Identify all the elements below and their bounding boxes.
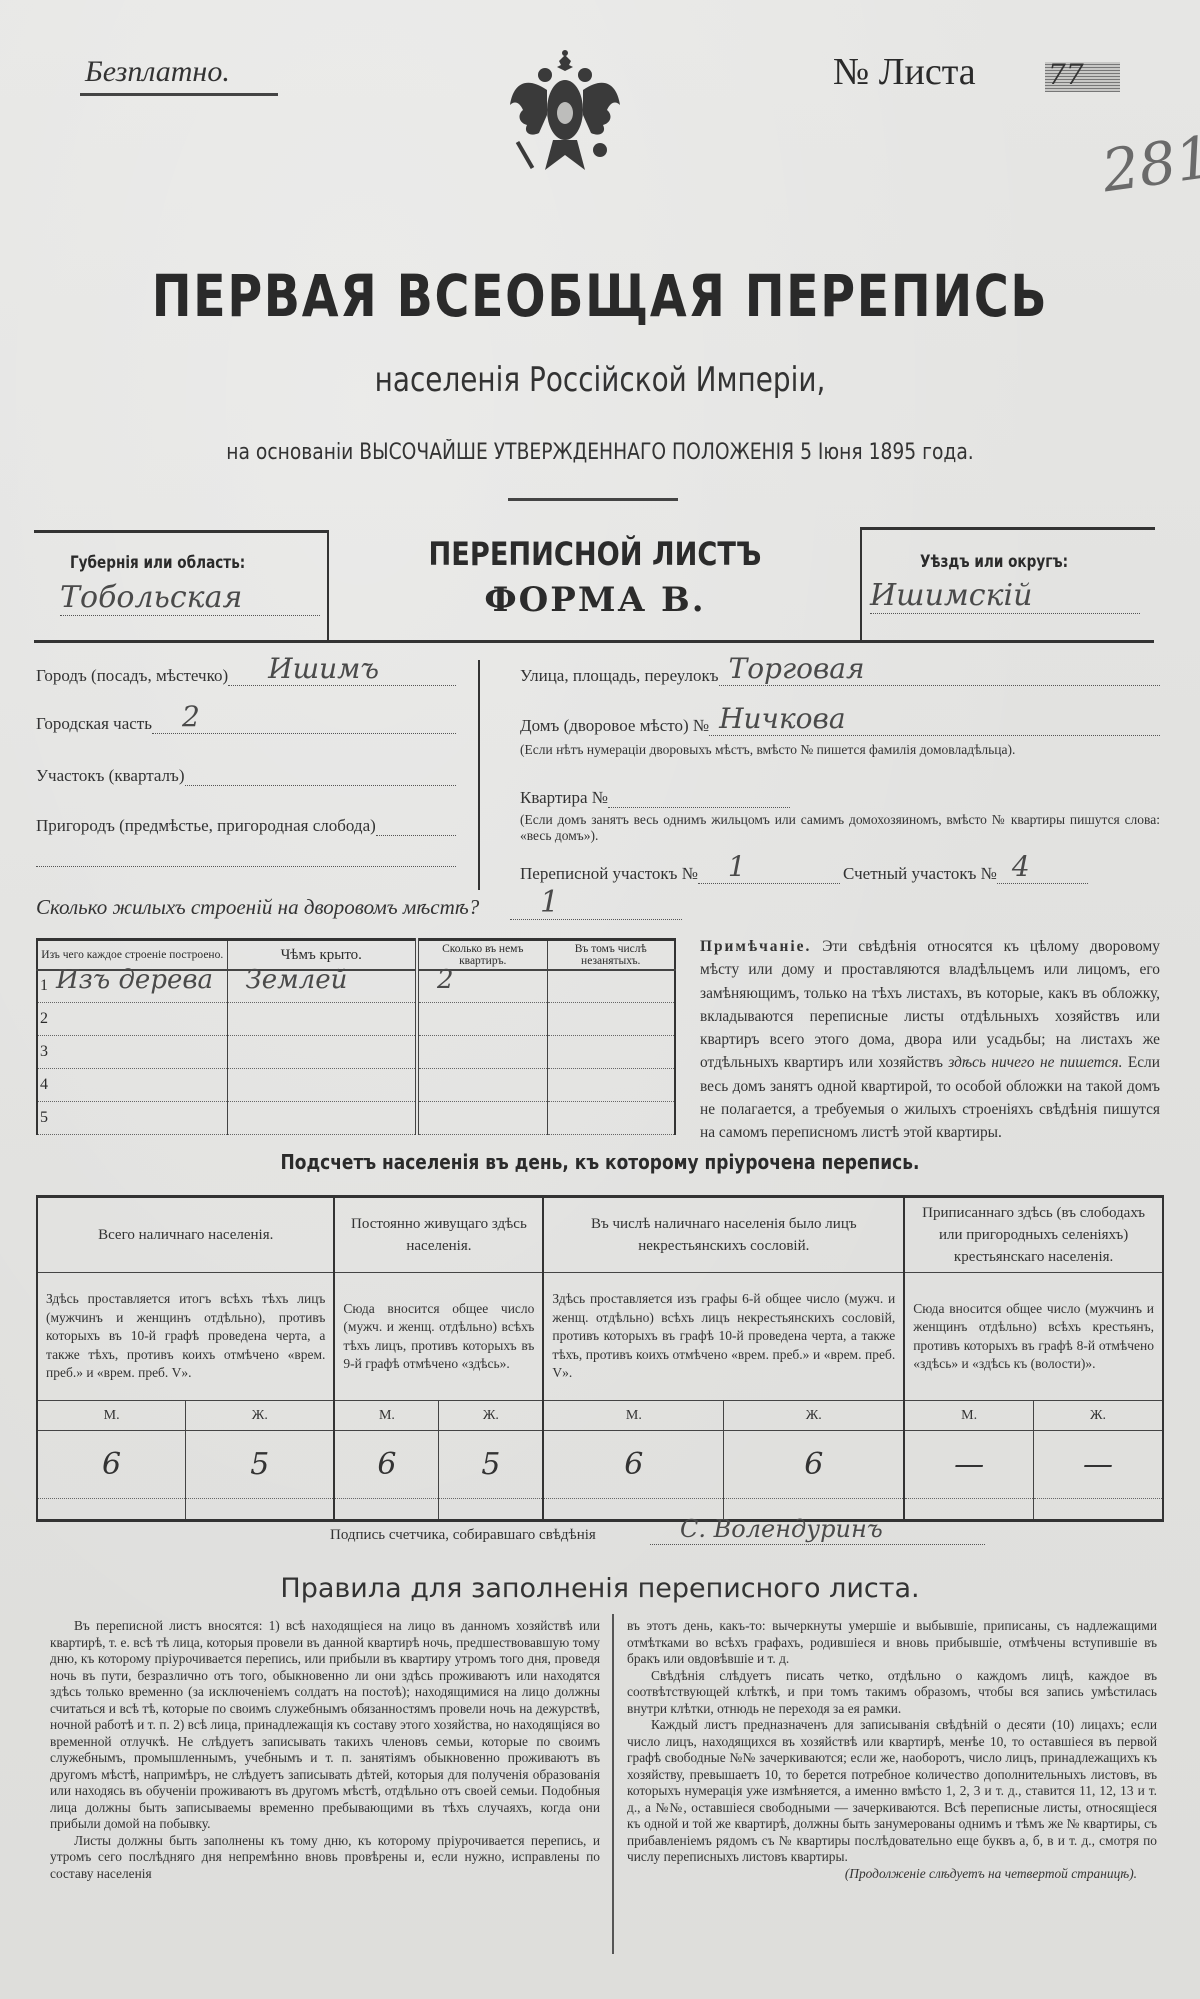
province-field[interactable]: Тобольская (60, 580, 320, 616)
city-label: Городъ (посадъ, мѣстечко) (36, 666, 228, 686)
spacer (186, 1499, 335, 1521)
vacant-cell[interactable] (547, 1102, 675, 1135)
enumerator-signature: С. Волендуринъ (680, 1515, 883, 1543)
district-field[interactable]: Ишимскій (870, 578, 1140, 614)
apartments-cell[interactable] (417, 1102, 547, 1135)
archive-number: 281 (1098, 123, 1200, 206)
street-value: Торговая (729, 652, 865, 685)
city-row: Городъ (посадъ, мѣстечко) Ишимъ (36, 660, 456, 686)
vacant-cell[interactable] (547, 1036, 675, 1069)
roof-cell[interactable] (227, 1069, 417, 1102)
female-label: Ж. (186, 1401, 335, 1431)
male-label: М. (543, 1401, 723, 1431)
vacant-cell[interactable] (547, 970, 675, 1003)
enumerator-signature-label: Подпись счетчика, собиравшаго свѣдѣнія (330, 1527, 596, 1544)
apartment-field[interactable] (608, 782, 790, 808)
census-title: ПЕРВАЯ ВСЕОБЩАЯ ПЕРЕПИСЬ (108, 262, 1092, 330)
table-row: 3 (37, 1036, 675, 1069)
non-peasant-male[interactable]: 6 (543, 1431, 723, 1499)
registered-peasants-desc: Сюда вносится общее число (мужчинъ и жен… (904, 1273, 1163, 1401)
count-district-value: 4 (1012, 850, 1030, 883)
house-value: Ничкова (719, 702, 845, 735)
apartment-note: (Если домъ занятъ весь однимъ жильцомъ и… (520, 812, 1160, 844)
block-field[interactable] (185, 760, 457, 786)
population-count-title: Подсчетъ населенія въ день, къ которому … (90, 1150, 1110, 1174)
continuation-note: (Продолженіе слѣдуетъ на четвертой стран… (627, 1866, 1157, 1883)
address-column-divider (478, 660, 480, 890)
city-part-row: Городская часть 2 (36, 708, 456, 734)
rules-paragraph: въ этотъ день, какъ-то: вычеркнуты умерш… (627, 1618, 1157, 1668)
male-label: М. (334, 1401, 438, 1431)
suburb-row: Пригородъ (предмѣстье, пригородная слобо… (36, 810, 456, 836)
district-label: Уѣздъ или округъ: (920, 552, 1068, 572)
material-cell[interactable]: 4 (37, 1069, 227, 1102)
vacant-cell[interactable] (547, 1003, 675, 1036)
spacer (904, 1499, 1033, 1521)
registered-peasants-female[interactable]: — (1034, 1431, 1163, 1499)
registered-peasants-header: Приписаннаго здѣсь (въ слободахъ или при… (904, 1197, 1163, 1273)
buildings-answer: 1 (540, 885, 559, 920)
city-part-field[interactable]: 2 (152, 708, 456, 734)
roof-cell[interactable] (227, 1036, 417, 1069)
house-row: Домъ (дворовое мѣсто) № Ничкова (520, 710, 1160, 736)
spacer (439, 1499, 544, 1521)
free-of-charge-label: Безплатно. (85, 55, 230, 89)
count-district-row: Счетный участокъ № 4 (843, 858, 1088, 884)
apartments-cell[interactable] (417, 1036, 547, 1069)
material-cell[interactable]: 5 (37, 1102, 227, 1135)
street-row: Улица, площадь, переулокъ Торговая (520, 660, 1160, 686)
roof-cell[interactable] (227, 1102, 417, 1135)
remark-title: Примѣчаніе. (700, 938, 811, 955)
city-part-value: 2 (182, 700, 200, 733)
census-district-label: Переписной участокъ № (520, 864, 698, 884)
double-headed-eagle-icon (505, 45, 625, 180)
col-vacant: Въ томъ числѣ незанятыхъ. (547, 940, 675, 970)
male-label: М. (904, 1401, 1033, 1431)
rules-column-divider (612, 1614, 614, 1954)
census-district-field[interactable]: 1 (698, 858, 840, 884)
census-district-row: Переписной участокъ № 1 (520, 858, 840, 884)
material-cell[interactable]: 1Изъ дерева (37, 970, 227, 1003)
buildings-answer-field[interactable] (510, 898, 682, 920)
free-label-underline (80, 93, 278, 96)
census-district-value: 1 (728, 850, 746, 883)
form-subtitle: ФОРМА В. (340, 580, 850, 620)
rules-paragraph: Каждый листъ предназначенъ для записыван… (627, 1717, 1157, 1866)
total-present-header: Всего наличнаго населенія. (37, 1197, 334, 1273)
permanent-residents-desc: Сюда вносится общее число (мужч. и женщ.… (334, 1273, 543, 1401)
census-form-page: Безплатно. № Листа 77 281 ПЕРВАЯ ВСЕОБЩА… (0, 0, 1200, 1999)
non-peasant-header: Въ числѣ наличнаго населенія было лицъ н… (543, 1197, 904, 1273)
permanent-female[interactable]: 5 (439, 1431, 544, 1499)
population-count-table: Всего наличнаго населенія. Постоянно жив… (36, 1195, 1164, 1522)
suburb-field[interactable] (376, 810, 456, 836)
female-label: Ж. (724, 1401, 904, 1431)
material-cell[interactable]: 2 (37, 1003, 227, 1036)
apartments-cell[interactable] (417, 1003, 547, 1036)
table-row: 1Изъ дерева Землей 2 (37, 970, 675, 1003)
roof-cell[interactable] (227, 1003, 417, 1036)
non-peasant-female[interactable]: 6 (724, 1431, 904, 1499)
block-row: Участокъ (кварталъ) (36, 760, 456, 786)
census-subtitle: населенія Россійской Имперіи, (108, 360, 1092, 400)
suburb-field-continuation[interactable] (36, 866, 456, 867)
block-label: Участокъ (кварталъ) (36, 766, 185, 786)
male-label: М. (37, 1401, 186, 1431)
form-header-divider (34, 640, 1154, 643)
table-row: 4 (37, 1069, 675, 1102)
apartment-label: Квартира № (520, 788, 608, 808)
apartment-row: Квартира № (520, 782, 790, 808)
rules-paragraph: Свѣдѣнія слѣдуетъ писать четко, отдѣльно… (627, 1668, 1157, 1718)
house-label: Домъ (дворовое мѣсто) № (520, 716, 709, 736)
apartments-cell[interactable] (417, 1069, 547, 1102)
house-note: (Если нѣтъ нумераціи дворовыхъ мѣстъ, вм… (520, 742, 1160, 758)
province-label: Губернія или область: (70, 553, 245, 573)
buildings-remark: Примѣчаніе. Эти свѣдѣнія относятся къ цѣ… (700, 935, 1160, 1145)
title-divider (508, 498, 678, 501)
rules-right-column: въ этотъ день, какъ-то: вычеркнуты умерш… (627, 1618, 1157, 1882)
form-title: ПЕРЕПИСНОЙ ЛИСТЪ (378, 535, 812, 573)
street-label: Улица, площадь, переулокъ (520, 666, 719, 686)
city-field[interactable]: Ишимъ (228, 660, 456, 686)
female-label: Ж. (439, 1401, 544, 1431)
roof-cell[interactable]: Землей (227, 970, 417, 1003)
city-part-label: Городская часть (36, 714, 152, 734)
rules-left-column: Въ переписной листъ вносятся: 1) всѣ нах… (50, 1618, 600, 1882)
non-peasant-desc: Здѣсь проставляется изъ графы 6-й общее … (543, 1273, 904, 1401)
apartments-cell[interactable]: 2 (417, 970, 547, 1003)
suburb-label: Пригородъ (предмѣстье, пригородная слобо… (36, 816, 376, 836)
female-label: Ж. (1034, 1401, 1163, 1431)
total-present-female[interactable]: 5 (186, 1431, 335, 1499)
street-field[interactable]: Торговая (719, 660, 1160, 686)
table-row: 2 (37, 1003, 675, 1036)
count-district-field[interactable]: 4 (997, 858, 1088, 884)
rules-title: Правила для заполненія переписного листа… (0, 1573, 1200, 1604)
rules-paragraph: Листы должны быть заполнены къ тому дню,… (50, 1833, 600, 1883)
house-field[interactable]: Ничкова (709, 710, 1160, 736)
material-cell[interactable]: 3 (37, 1036, 227, 1069)
spacer (1034, 1499, 1163, 1521)
spacer (334, 1499, 438, 1521)
table-row: 5 (37, 1102, 675, 1135)
sheet-number-label: № Листа (833, 50, 976, 94)
buildings-table: Изъ чего каждое строеніе построено. Чѣмъ… (36, 938, 676, 1135)
rules-paragraph: Въ переписной листъ вносятся: 1) всѣ нах… (50, 1618, 600, 1833)
permanent-residents-header: Постоянно живущаго здѣсь населенія. (334, 1197, 543, 1273)
city-value: Ишимъ (268, 652, 379, 685)
registered-peasants-male[interactable]: — (904, 1431, 1033, 1499)
total-present-desc: Здѣсь проставляется итогъ всѣхъ тѣхъ лиц… (37, 1273, 334, 1401)
legal-basis: на основаніи ВЫСОЧАЙШЕ УТВЕРЖДЕННАГО ПОЛ… (90, 440, 1110, 465)
count-district-label: Счетный участокъ № (843, 864, 997, 884)
sheet-number-value: 77 (1048, 58, 1084, 91)
buildings-question: Сколько жилыхъ строеній на дворовомъ мѣс… (36, 895, 479, 920)
vacant-cell[interactable] (547, 1069, 675, 1102)
spacer (37, 1499, 186, 1521)
total-present-male[interactable]: 6 (37, 1431, 186, 1499)
permanent-male[interactable]: 6 (334, 1431, 438, 1499)
